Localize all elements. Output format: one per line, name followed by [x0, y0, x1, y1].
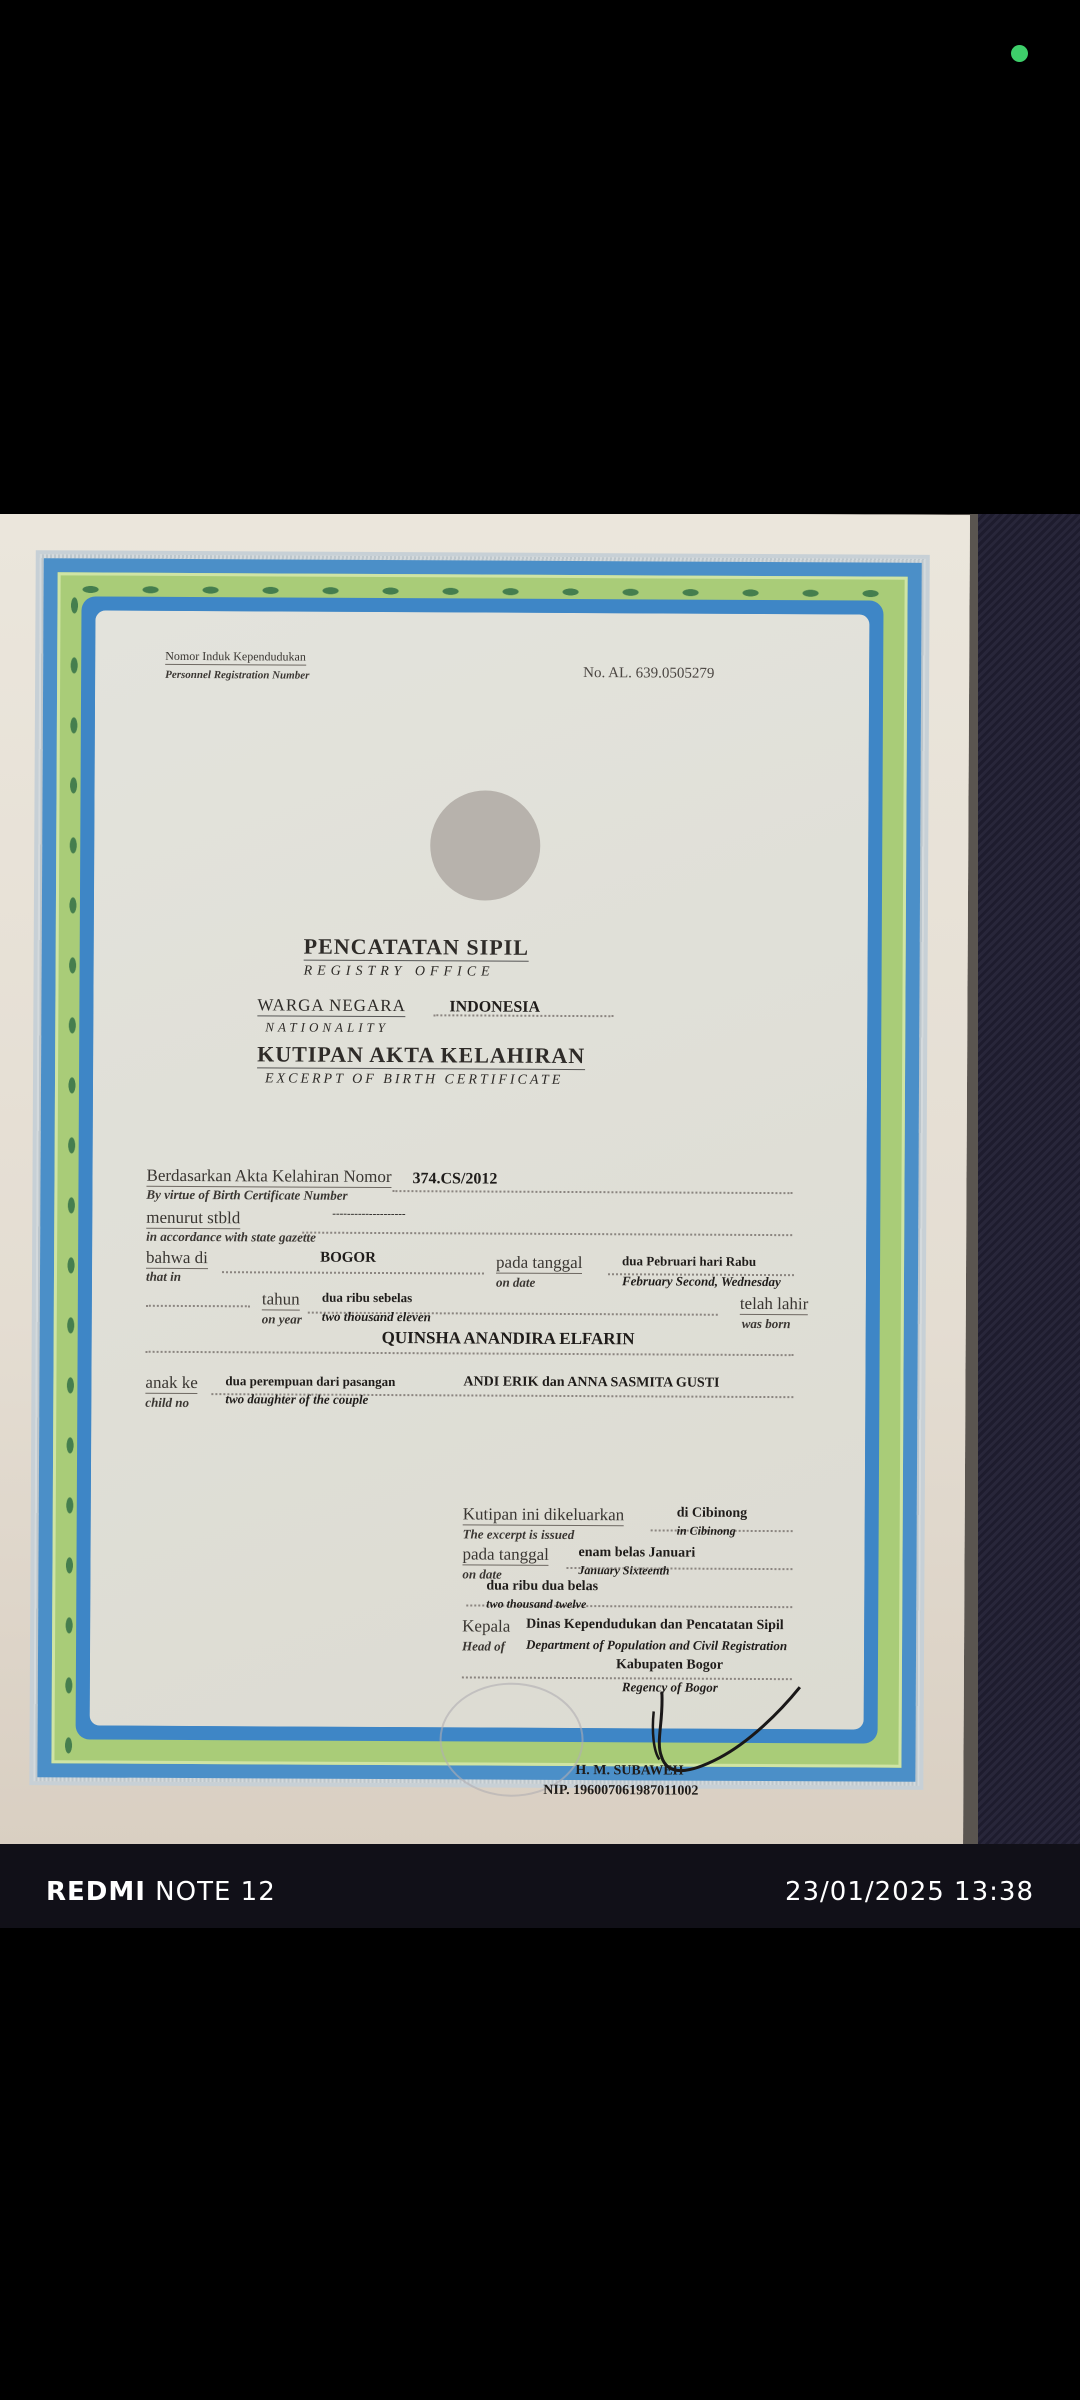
nationality-label: WARGA NEGARA [257, 995, 406, 1017]
official-stamp [439, 1682, 584, 1797]
year-label: tahun [262, 1289, 300, 1310]
place-value: BOGOR [320, 1250, 376, 1267]
year-value: dua ribu sebelas [322, 1290, 412, 1306]
issued-date: enam belas Januari [579, 1545, 696, 1562]
year-label-en: on year [262, 1311, 302, 1327]
model-name: NOTE 12 [146, 1877, 276, 1907]
year-value-en: two thousand eleven [322, 1309, 431, 1326]
certificate-content: Nomor Induk Kependudukan Personnel Regis… [90, 611, 870, 1730]
child-no-value: dua perempuan dari pasangan [225, 1373, 395, 1390]
place-label: bahwa di [146, 1248, 208, 1269]
photo: Nomor Induk Kependudukan Personnel Regis… [0, 514, 1080, 1928]
date-value-en: February Second, Wednesday [622, 1273, 781, 1290]
dotted-line [222, 1271, 484, 1274]
date-label-en: on date [496, 1275, 535, 1291]
born-label: telah lahir [740, 1294, 809, 1315]
camera-indicator-dot [1011, 45, 1028, 62]
nik-label-en: Personnel Registration Number [165, 669, 309, 682]
born-label-en: was born [742, 1316, 791, 1332]
issued-label-en: The excerpt is issued [463, 1526, 575, 1543]
official-name: H. M. SUBAWEH [575, 1763, 683, 1780]
issued-place: di Cibinong [677, 1506, 748, 1522]
issued-year: dua ribu dua belas [486, 1579, 598, 1596]
document-title: KUTIPAN AKTA KELAHIRAN [257, 1041, 585, 1070]
place-label-en: that in [146, 1269, 181, 1285]
department: Dinas Kependudukan dan Pencatatan Sipil [526, 1617, 784, 1634]
cert-number-value: 374.CS/2012 [412, 1170, 497, 1188]
child-no-label: anak ke [145, 1373, 197, 1394]
issued-date-en: January Sixteenth [578, 1563, 669, 1578]
child-name: QUINSHA ANANDIRA ELFARIN [382, 1328, 635, 1349]
issued-year-en: two thousand twelve [486, 1597, 586, 1613]
child-no-value-en: two daughter of the couple [225, 1391, 368, 1408]
camera-watermark-brand: REDMI NOTE 12 [46, 1877, 276, 1907]
dotted-line [146, 1305, 250, 1308]
stbld-label: menurut stbld [146, 1208, 240, 1229]
stbld-label-en: in accordance with state gazette [146, 1229, 316, 1246]
cert-number-label: Berdasarkan Akta Kelahiran Nomor [146, 1166, 391, 1188]
child-no-label-en: child no [145, 1395, 189, 1411]
camera-watermark-datetime: 23/01/2025 13:38 [785, 1877, 1034, 1907]
embossed-seal [430, 790, 541, 901]
nationality-label-en: NATIONALITY [265, 1019, 389, 1036]
office-title: PENCATATAN SIPIL [304, 934, 529, 962]
head-label-en: Head of [462, 1638, 505, 1654]
issued-place-en: in Cibinong [677, 1524, 736, 1539]
issued-date-label: pada tanggal [462, 1544, 548, 1565]
dotted-line [392, 1190, 792, 1194]
issued-label: Kutipan ini dikeluarkan [463, 1504, 625, 1526]
head-label: Kepala [462, 1616, 510, 1636]
date-label: pada tanggal [496, 1253, 582, 1274]
document-title-en: EXCERPT OF BIRTH CERTIFICATE [265, 1071, 563, 1089]
department-en: Department of Population and Civil Regis… [526, 1637, 787, 1654]
regency: Kabupaten Bogor [616, 1657, 723, 1674]
nationality-value: INDONESIA [449, 998, 540, 1016]
dotted-line [146, 1351, 794, 1356]
dotted-line [302, 1232, 792, 1237]
office-title-en: REGISTRY OFFICE [304, 964, 495, 981]
stbld-value: -------------------- [332, 1208, 405, 1220]
parents-names: ANDI ERIK dan ANNA SASMITA GUSTI [463, 1374, 719, 1391]
birth-certificate: Nomor Induk Kependudukan Personnel Regis… [0, 514, 970, 1855]
brand-name: REDMI [46, 1877, 146, 1907]
official-nip: NIP. 196007061987011002 [543, 1783, 698, 1800]
date-value: dua Pebruari hari Rabu [622, 1253, 756, 1270]
serial-number: No. AL. 639.0505279 [583, 665, 714, 683]
cert-number-label-en: By virtue of Birth Certificate Number [146, 1187, 347, 1204]
nik-label: Nomor Induk Kependudukan [165, 649, 306, 666]
